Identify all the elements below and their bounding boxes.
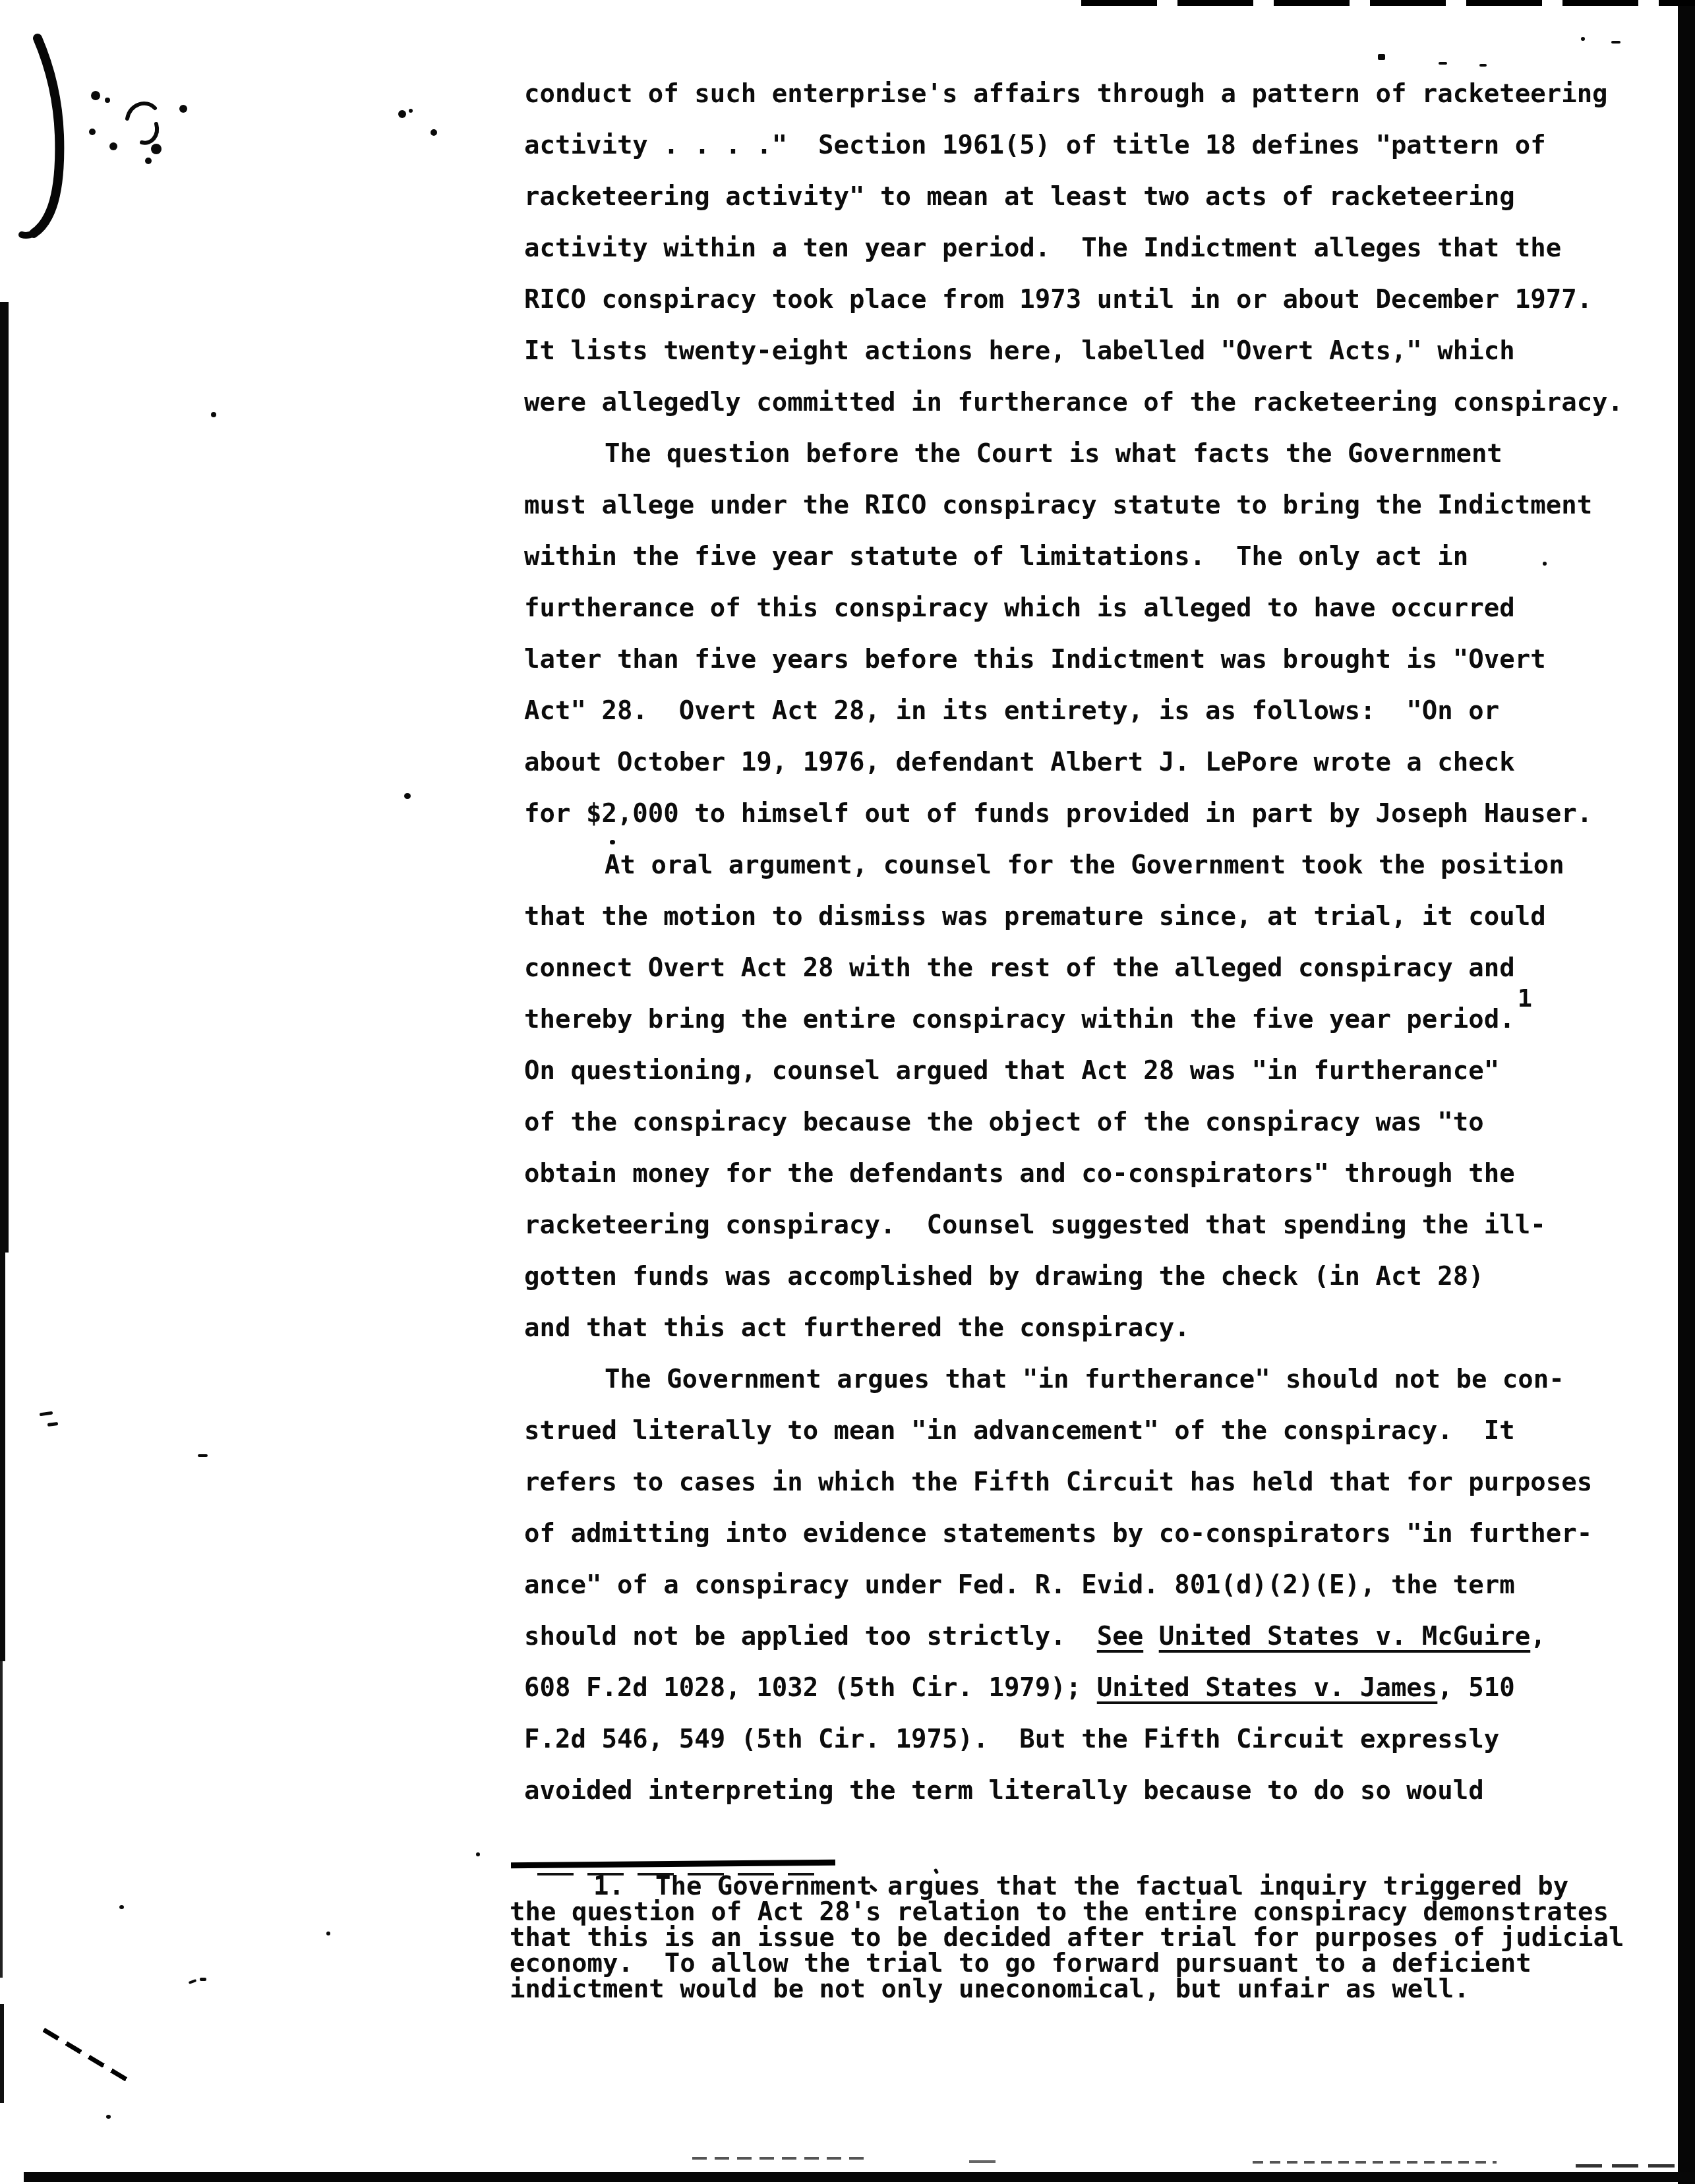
ink-speck bbox=[119, 1905, 124, 1909]
document-line: strued literally to mean "in advancement… bbox=[524, 1405, 1623, 1457]
document-line: activity within a ten year period. The I… bbox=[524, 223, 1623, 274]
text-segment: The Government argues that "in furtheran… bbox=[605, 1365, 1564, 1394]
text-segment: later than five years before this Indict… bbox=[524, 645, 1546, 674]
text-segment: of admitting into evidence statements by… bbox=[524, 1519, 1592, 1549]
scan-smudge bbox=[969, 2160, 996, 2163]
document-text-block: conduct of such enterprise's affairs thr… bbox=[524, 69, 1623, 1817]
ink-speck bbox=[1378, 54, 1385, 60]
text-segment: must allege under the RICO conspiracy st… bbox=[524, 490, 1592, 520]
scan-edge-left-streak bbox=[0, 1661, 3, 1978]
footnote-line: indictment would be not only uneconomica… bbox=[510, 1976, 1624, 2002]
text-segment bbox=[1143, 1622, 1158, 1651]
document-line: later than five years before this Indict… bbox=[524, 634, 1623, 686]
document-line: within the five year statute of limitati… bbox=[524, 531, 1623, 583]
text-segment: 608 F.2d 1028, 1032 (5th Cir. 1979); bbox=[524, 1673, 1097, 1703]
scan-edge-left-streak bbox=[0, 1253, 5, 1661]
text-segment: and that this act furthered the conspira… bbox=[524, 1313, 1190, 1343]
text-segment: activity . . . ." Section 1961(5) of tit… bbox=[524, 131, 1546, 160]
text-segment: , 510 bbox=[1437, 1673, 1514, 1703]
underlined-citation: United States v. McGuire bbox=[1159, 1622, 1531, 1651]
text-segment: about October 19, 1976, defendant Albert… bbox=[524, 748, 1515, 777]
document-line: gotten funds was accomplished by drawing… bbox=[524, 1251, 1623, 1303]
document-line: thereby bring the entire conspiracy with… bbox=[524, 994, 1623, 1046]
ink-speck bbox=[1581, 37, 1585, 41]
ink-speck bbox=[1611, 41, 1621, 44]
scan-edge-bottom-bar bbox=[24, 2172, 1695, 2182]
document-line: It lists twenty-eight actions here, labe… bbox=[524, 326, 1623, 377]
document-line: about October 19, 1976, defendant Albert… bbox=[524, 737, 1623, 788]
footnote-line: economy. To allow the trial to go forwar… bbox=[510, 1951, 1624, 1976]
ink-speck bbox=[404, 793, 411, 799]
scan-smudge bbox=[692, 2157, 870, 2160]
ink-speck bbox=[47, 1422, 59, 1427]
document-line: conduct of such enterprise's affairs thr… bbox=[524, 69, 1623, 120]
text-segment: indictment would be not only uneconomica… bbox=[510, 1974, 1470, 2004]
footnote-line: that this is an issue to be decided afte… bbox=[510, 1925, 1624, 1951]
footnote-line: 1. The Government argues that the factua… bbox=[510, 1874, 1624, 1899]
text-segment: connect Overt Act 28 with the rest of th… bbox=[524, 953, 1515, 983]
scan-smudge bbox=[1576, 2164, 1675, 2168]
text-segment: obtain money for the defendants and co-c… bbox=[524, 1159, 1515, 1189]
document-line: ance" of a conspiracy under Fed. R. Evid… bbox=[524, 1560, 1623, 1611]
text-segment: that the motion to dismiss was premature… bbox=[524, 902, 1546, 931]
pen-dash-line bbox=[42, 2028, 129, 2082]
ink-speck bbox=[326, 1932, 330, 1935]
text-segment: racketeering activity" to mean at least … bbox=[524, 182, 1515, 212]
underlined-citation: United States v. James bbox=[1097, 1673, 1438, 1703]
document-line: F.2d 546, 549 (5th Cir. 1975). But the F… bbox=[524, 1714, 1623, 1765]
text-segment: thereby bring the entire conspiracy with… bbox=[524, 1005, 1515, 1034]
document-line: racketeering conspiracy. Counsel suggest… bbox=[524, 1200, 1623, 1251]
document-line: refers to cases in which the Fifth Circu… bbox=[524, 1457, 1623, 1508]
document-line: activity . . . ." Section 1961(5) of tit… bbox=[524, 120, 1623, 171]
footnote-block: 1. The Government argues that the factua… bbox=[510, 1874, 1624, 2002]
text-segment: activity within a ten year period. The I… bbox=[524, 233, 1561, 263]
pen-mark bbox=[16, 20, 478, 257]
text-segment: refers to cases in which the Fifth Circu… bbox=[524, 1467, 1592, 1497]
document-line: connect Overt Act 28 with the rest of th… bbox=[524, 943, 1623, 994]
text-segment: At oral argument, counsel for the Govern… bbox=[605, 850, 1564, 880]
document-line: 608 F.2d 1028, 1032 (5th Cir. 1979); Uni… bbox=[524, 1663, 1623, 1714]
text-segment: It lists twenty-eight actions here, labe… bbox=[524, 336, 1515, 366]
scan-edge-left-streak bbox=[0, 302, 9, 1253]
document-line: On questioning, counsel argued that Act … bbox=[524, 1046, 1623, 1097]
document-line: Act" 28. Overt Act 28, in its entirety, … bbox=[524, 686, 1623, 737]
document-line: The question before the Court is what fa… bbox=[524, 428, 1623, 480]
document-line: for $2,000 to himself out of funds provi… bbox=[524, 788, 1623, 840]
document-line: must allege under the RICO conspiracy st… bbox=[524, 480, 1623, 531]
document-line: were allegedly committed in furtherance … bbox=[524, 377, 1623, 428]
document-line: of the conspiracy because the object of … bbox=[524, 1097, 1623, 1148]
scan-smudge bbox=[1253, 2161, 1497, 2164]
document-line: At oral argument, counsel for the Govern… bbox=[524, 840, 1623, 891]
footnote-line: the question of Act 28's relation to the… bbox=[510, 1899, 1624, 1925]
text-segment: were allegedly committed in furtherance … bbox=[524, 388, 1623, 417]
ink-speck bbox=[106, 2115, 111, 2119]
text-segment: strued literally to mean "in advancement… bbox=[524, 1416, 1515, 1446]
text-segment: of the conspiracy because the object of … bbox=[524, 1107, 1484, 1137]
document-line: that the motion to dismiss was premature… bbox=[524, 891, 1623, 943]
document-line: The Government argues that "in furtheran… bbox=[524, 1354, 1623, 1405]
ink-speck bbox=[1479, 64, 1487, 67]
scanned-document-page: conduct of such enterprise's affairs thr… bbox=[0, 0, 1695, 2184]
text-segment: for $2,000 to himself out of funds provi… bbox=[524, 799, 1592, 829]
text-segment: gotten funds was accomplished by drawing… bbox=[524, 1262, 1484, 1291]
underlined-citation: See bbox=[1097, 1622, 1143, 1651]
text-segment: ance" of a conspiracy under Fed. R. Evid… bbox=[524, 1570, 1515, 1600]
ink-speck bbox=[1439, 62, 1447, 65]
document-line: of admitting into evidence statements by… bbox=[524, 1508, 1623, 1560]
ink-speck bbox=[40, 1411, 53, 1417]
footnote-reference: 1 bbox=[1518, 973, 1532, 1024]
text-segment: On questioning, counsel argued that Act … bbox=[524, 1056, 1499, 1086]
document-line: should not be applied too strictly. See … bbox=[524, 1611, 1623, 1663]
scan-edge-right-bar bbox=[1678, 0, 1695, 2184]
ink-speck bbox=[189, 1979, 197, 1984]
document-line: and that this act furthered the conspira… bbox=[524, 1303, 1623, 1354]
footnote-separator bbox=[511, 1860, 835, 1868]
text-segment: RICO conspiracy took place from 1973 unt… bbox=[524, 285, 1592, 314]
text-segment: avoided interpreting the term literally … bbox=[524, 1776, 1484, 1806]
text-segment: Act" 28. Overt Act 28, in its entirety, … bbox=[524, 696, 1499, 726]
text-segment: conduct of such enterprise's affairs thr… bbox=[524, 79, 1608, 109]
ink-speck bbox=[200, 1978, 206, 1981]
ink-speck bbox=[476, 1852, 480, 1856]
ink-speck bbox=[198, 1454, 208, 1457]
ink-speck bbox=[211, 412, 216, 417]
text-segment: furtherance of this conspiracy which is … bbox=[524, 593, 1515, 623]
document-line: RICO conspiracy took place from 1973 unt… bbox=[524, 274, 1623, 326]
text-segment: racketeering conspiracy. Counsel suggest… bbox=[524, 1210, 1546, 1240]
text-segment: within the five year statute of limitati… bbox=[524, 542, 1468, 572]
scan-edge-top-dashes bbox=[1081, 0, 1695, 6]
document-line: racketeering activity" to mean at least … bbox=[524, 171, 1623, 223]
document-line: obtain money for the defendants and co-c… bbox=[524, 1148, 1623, 1200]
text-segment: The question before the Court is what fa… bbox=[605, 439, 1502, 469]
document-line: avoided interpreting the term literally … bbox=[524, 1765, 1623, 1817]
scan-edge-left-streak bbox=[0, 2004, 4, 2103]
document-line: furtherance of this conspiracy which is … bbox=[524, 583, 1623, 634]
text-segment: F.2d 546, 549 (5th Cir. 1975). But the F… bbox=[524, 1725, 1499, 1754]
text-segment: should not be applied too strictly. bbox=[524, 1622, 1097, 1651]
text-segment: , bbox=[1530, 1622, 1545, 1651]
